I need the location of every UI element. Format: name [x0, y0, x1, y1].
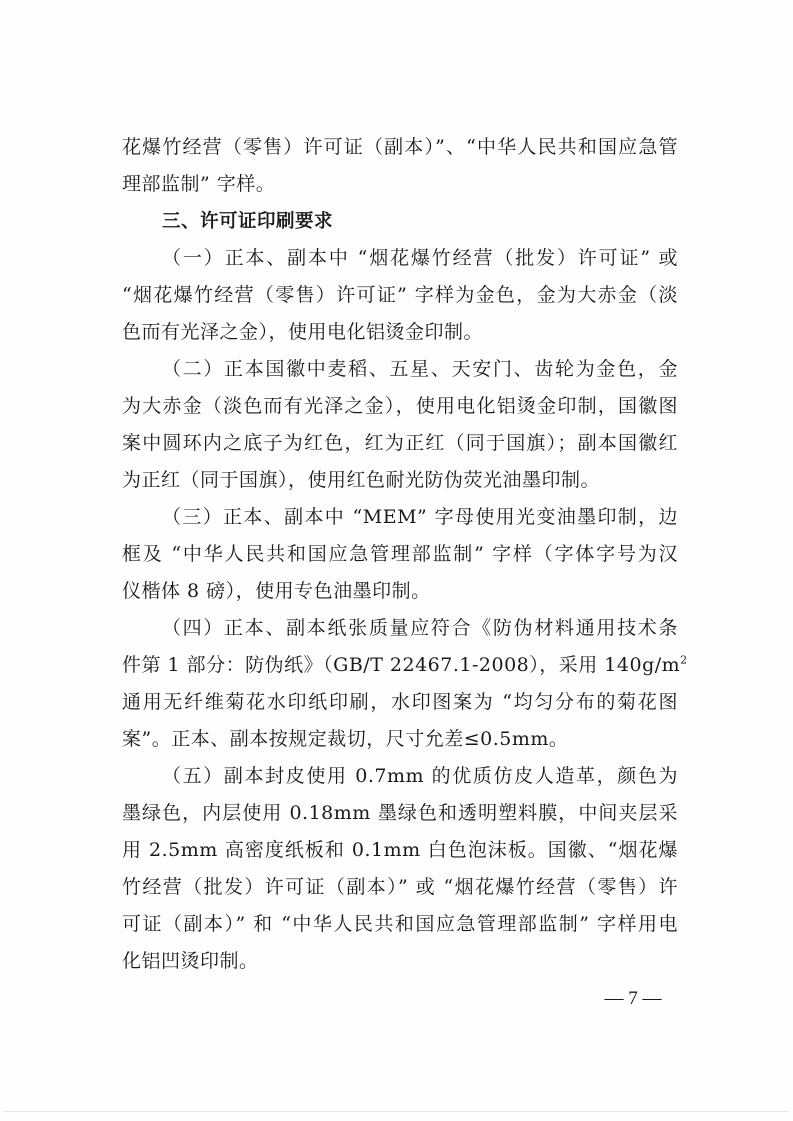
- text-line: 案中圆环内之底子为红色，红为正红（同于国旗）；副本国徽红: [122, 425, 678, 462]
- text-line-with-superscript: 件第 1 部分：防伪纸》（GB/T 22467.1-2008），采用 140g/…: [122, 647, 678, 684]
- text-line: 化铝凹烫印制。: [122, 943, 678, 980]
- text-line: 理部监制” 字样。: [122, 166, 678, 203]
- text-line: 色而有光泽之金），使用电化铝烫金印制。: [122, 314, 678, 351]
- text-line: “烟花爆竹经营（零售）许可证” 字样为金色，金为大赤金（淡: [122, 277, 678, 314]
- document-page: 花爆竹经营（零售）许可证（副本）”、“中华人民共和国应急管 理部监制” 字样。 …: [0, 0, 793, 1121]
- text-line: 用 2.5mm 高密度纸板和 0.1mm 白色泡沫板。国徽、“烟花爆: [122, 832, 678, 869]
- page-edge-divider: [4, 1111, 788, 1112]
- text-line: 框及 “中华人民共和国应急管理部监制” 字样（字体字号为汉: [122, 536, 678, 573]
- text-span: 件第 1 部分：防伪纸》（GB/T 22467.1-2008），采用 140g/…: [122, 654, 680, 676]
- text-line: 墨绿色，内层使用 0.18mm 墨绿色和透明塑料膜，中间夹层采: [122, 795, 678, 832]
- paragraph-5-start: （五）副本封皮使用 0.7mm 的优质仿皮人造革，颜色为: [122, 758, 678, 795]
- paragraph-4-start: （四）正本、副本纸张质量应符合《防伪材料通用技术条: [122, 610, 678, 647]
- paragraph-3-start: （三）正本、副本中 “MEM” 字母使用光变油墨印制，边: [122, 499, 678, 536]
- superscript: 2: [680, 654, 688, 667]
- text-line: 案”。正本、副本按规定裁切，尺寸允差≤0.5mm。: [122, 721, 678, 758]
- page-number: — 7 —: [583, 988, 683, 1010]
- text-line: 可证（副本）” 和 “中华人民共和国应急管理部监制” 字样用电: [122, 906, 678, 943]
- text-line: 竹经营（批发）许可证（副本）” 或 “烟花爆竹经营（零售）许: [122, 869, 678, 906]
- text-line: 通用无纤维菊花水印纸印刷，水印图案为 “均匀分布的菊花图: [122, 684, 678, 721]
- text-line: 为正红（同于国旗），使用红色耐光防伪荧光油墨印制。: [122, 462, 678, 499]
- paragraph-2-start: （二）正本国徽中麦稻、五星、天安门、齿轮为金色，金: [122, 351, 678, 388]
- text-line: 为大赤金（淡色而有光泽之金），使用电化铝烫金印制，国徽图: [122, 388, 678, 425]
- section-heading: 三、许可证印刷要求: [122, 203, 678, 240]
- text-line: 花爆竹经营（零售）许可证（副本）”、“中华人民共和国应急管: [122, 129, 678, 166]
- text-line: 仪楷体 8 磅），使用专色油墨印制。: [122, 573, 678, 610]
- paragraph-1-start: （一）正本、副本中 “烟花爆竹经营（批发）许可证” 或: [122, 240, 678, 277]
- document-body: 花爆竹经营（零售）许可证（副本）”、“中华人民共和国应急管 理部监制” 字样。 …: [122, 129, 678, 980]
